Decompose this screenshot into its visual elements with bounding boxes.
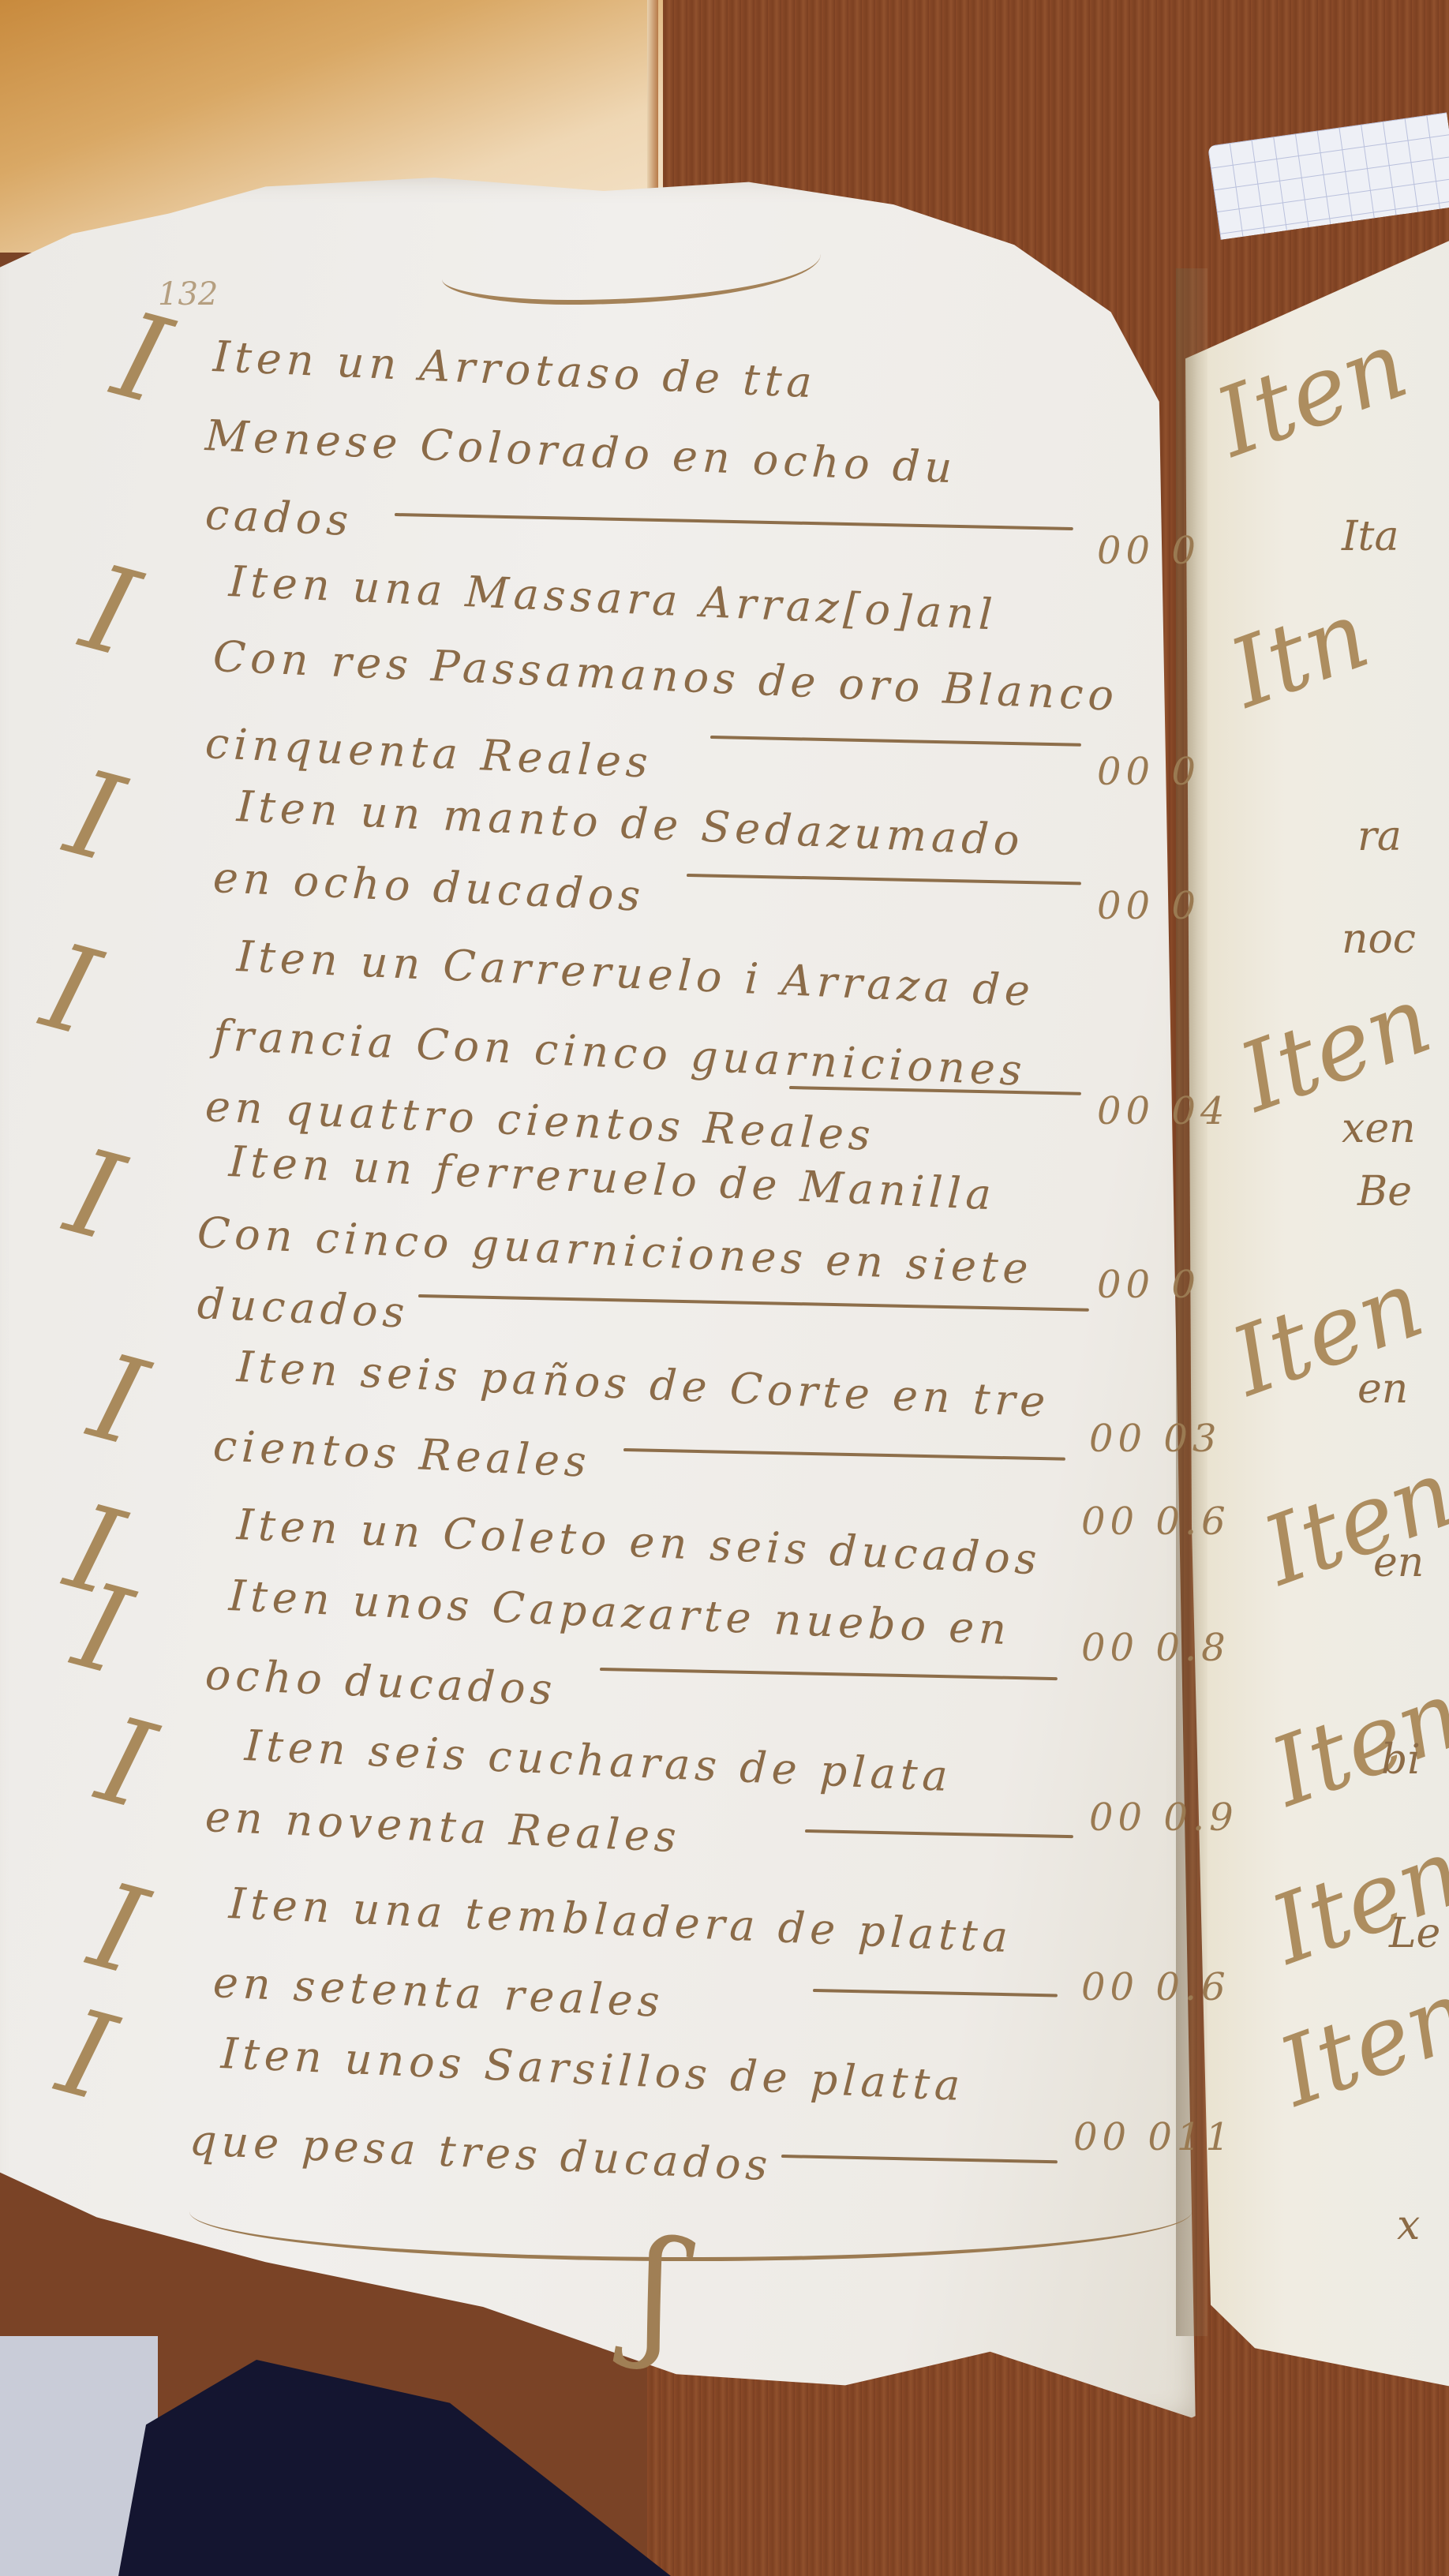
entry-5-amount: 00 0 [1097,1263,1200,1307]
entry-2-amount: 00 0 [1097,750,1200,794]
entry-11-amount: 00 011 [1073,2115,1234,2159]
entry-5-line-3: ducados [197,1279,410,1338]
entry-1-line-3: cados [204,489,354,545]
facing-text-fragment: en [1357,1365,1408,1413]
entry-4-amount: 00 04 [1097,1089,1229,1133]
facing-text-fragment: xen [1342,1105,1416,1152]
entry-3-amount: 00 0 [1097,884,1200,928]
dark-cloth [118,2360,671,2576]
facing-text-fragment: Ita [1342,513,1398,560]
closing-rule [189,2162,1192,2261]
facing-text-fragment: Be [1357,1168,1412,1215]
facing-text-fragment: noc [1342,915,1416,963]
entry-1-amount: 00 0 [1097,529,1200,573]
facing-text-fragment: x [1397,2202,1420,2249]
facing-text-fragment: bi [1381,1736,1421,1784]
entry-6-amount: 00 03 [1089,1417,1221,1461]
entry-9-amount: 00 0.9 [1089,1795,1238,1840]
entry-7-amount: 00 0.6 [1081,1500,1230,1544]
facing-text-fragment: Le [1389,1910,1440,1957]
entry-8-amount: 00 0.8 [1081,1626,1230,1670]
facing-text-fragment: ra [1357,813,1402,860]
entry-10-amount: 00 0.6 [1081,1965,1230,2009]
facing-text-fragment: en [1373,1539,1424,1586]
